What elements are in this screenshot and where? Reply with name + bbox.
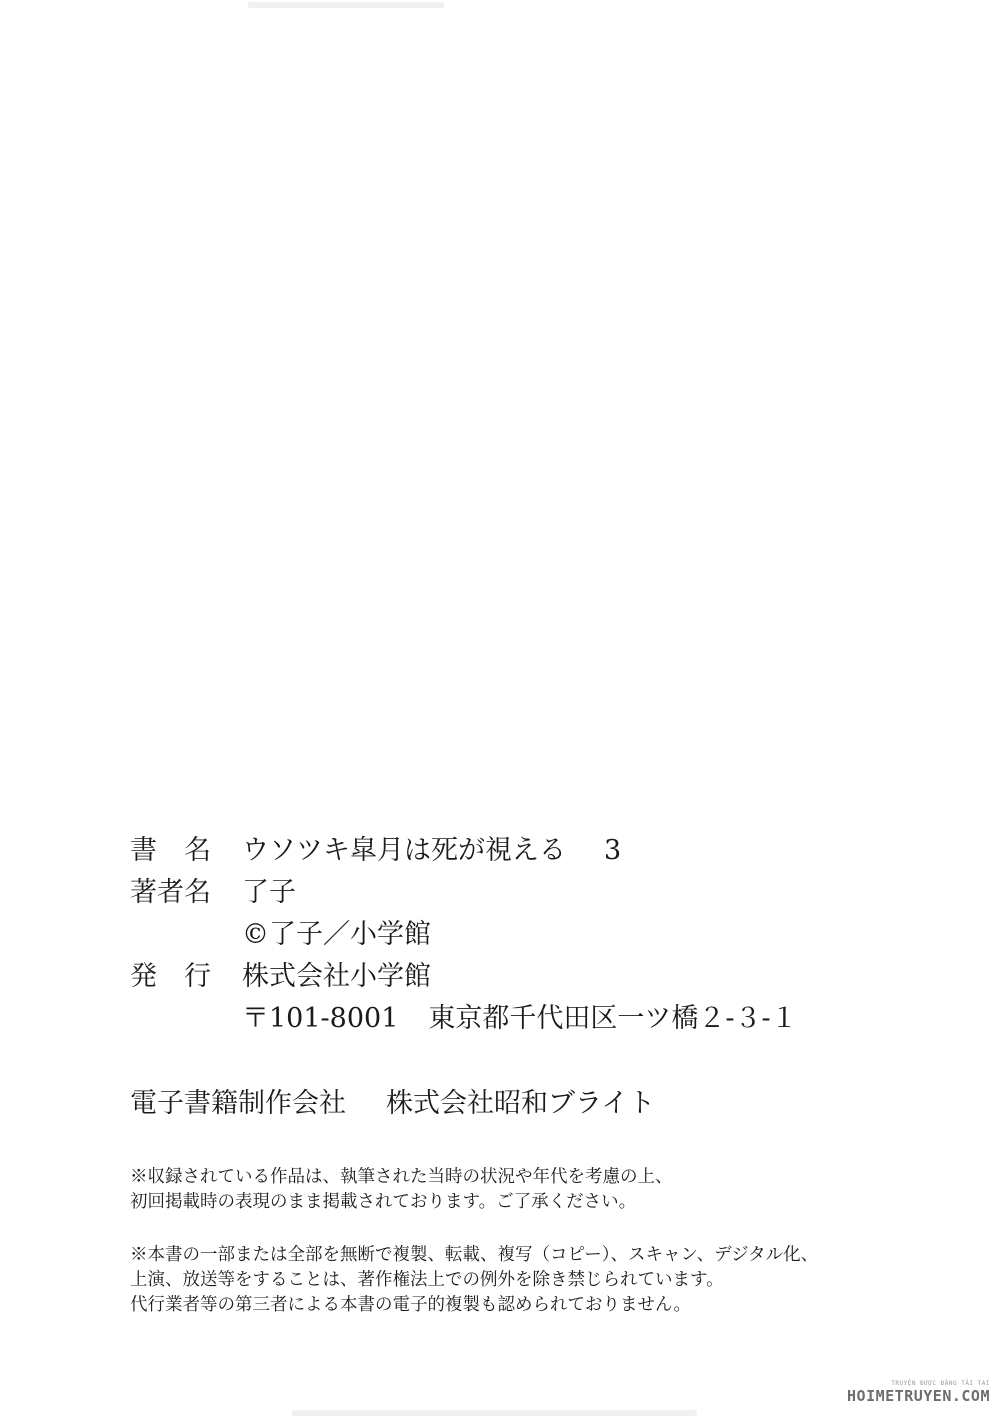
- title-row: 書名 ウソツキ皐月は死が視える 3: [130, 830, 798, 872]
- note1-line2: 初回掲載時の表現のまま掲載されております。ご了承ください。: [130, 1190, 673, 1215]
- note-content-disclaimer: ※収録されている作品は、執筆された当時の状況や年代を考慮の上、 初回掲載時の表現…: [130, 1165, 673, 1215]
- address: 東京都千代田区一ツ橋２‐３‐１: [428, 998, 797, 1040]
- watermark-caption: TRUYỆN ĐƯỢC ĐĂNG TẢI TẠI: [847, 1380, 990, 1387]
- ebook-producer: 電子書籍制作会社株式会社昭和ブライト: [130, 1086, 655, 1122]
- copyright-row: ©了子／小学館: [130, 914, 798, 956]
- postal-code: 〒101‐8001: [242, 998, 398, 1040]
- author-row: 著者名 了子: [130, 872, 798, 914]
- colophon: 書名 ウソツキ皐月は死が視える 3 著者名 了子 ©了子／小学館 発行 株式会社…: [130, 830, 798, 1040]
- producer-value: 株式会社昭和ブライト: [386, 1088, 655, 1119]
- faint-bottom-text: [292, 1410, 697, 1416]
- watermark-site-name: HOIMETRUYEN.COM: [847, 1387, 990, 1405]
- title-value: ウソツキ皐月は死が視える: [242, 830, 566, 872]
- publisher-row: 発行 株式会社小学館: [130, 956, 798, 998]
- address-row: 〒101‐8001 東京都千代田区一ツ橋２‐３‐１: [130, 998, 798, 1040]
- site-watermark: TRUYỆN ĐƯỢC ĐĂNG TẢI TẠI HOIMETRUYEN.COM: [847, 1380, 990, 1405]
- copyright-text: ©了子／小学館: [242, 914, 431, 956]
- producer-label: 電子書籍制作会社: [130, 1088, 346, 1119]
- note2-line1: ※本書の一部または全部を無断で複製、転載、複写（コピー）、スキャン、デジタル化、: [130, 1243, 818, 1268]
- author-value: 了子: [242, 872, 296, 914]
- note-copyright-warning: ※本書の一部または全部を無断で複製、転載、複写（コピー）、スキャン、デジタル化、…: [130, 1243, 818, 1318]
- publisher-label: 発行: [130, 956, 242, 998]
- title-label: 書名: [130, 830, 242, 872]
- publisher-value: 株式会社小学館: [242, 956, 431, 998]
- author-label: 著者名: [130, 872, 242, 914]
- volume-number: 3: [604, 830, 621, 872]
- note1-line1: ※収録されている作品は、執筆された当時の状況や年代を考慮の上、: [130, 1165, 673, 1190]
- note2-line2: 上演、放送等をすることは、著作権法上での例外を除き禁じられています。: [130, 1268, 818, 1293]
- faint-top-text: [248, 2, 444, 8]
- note2-line3: 代行業者等の第三者による本書の電子的複製も認められておりません。: [130, 1293, 818, 1318]
